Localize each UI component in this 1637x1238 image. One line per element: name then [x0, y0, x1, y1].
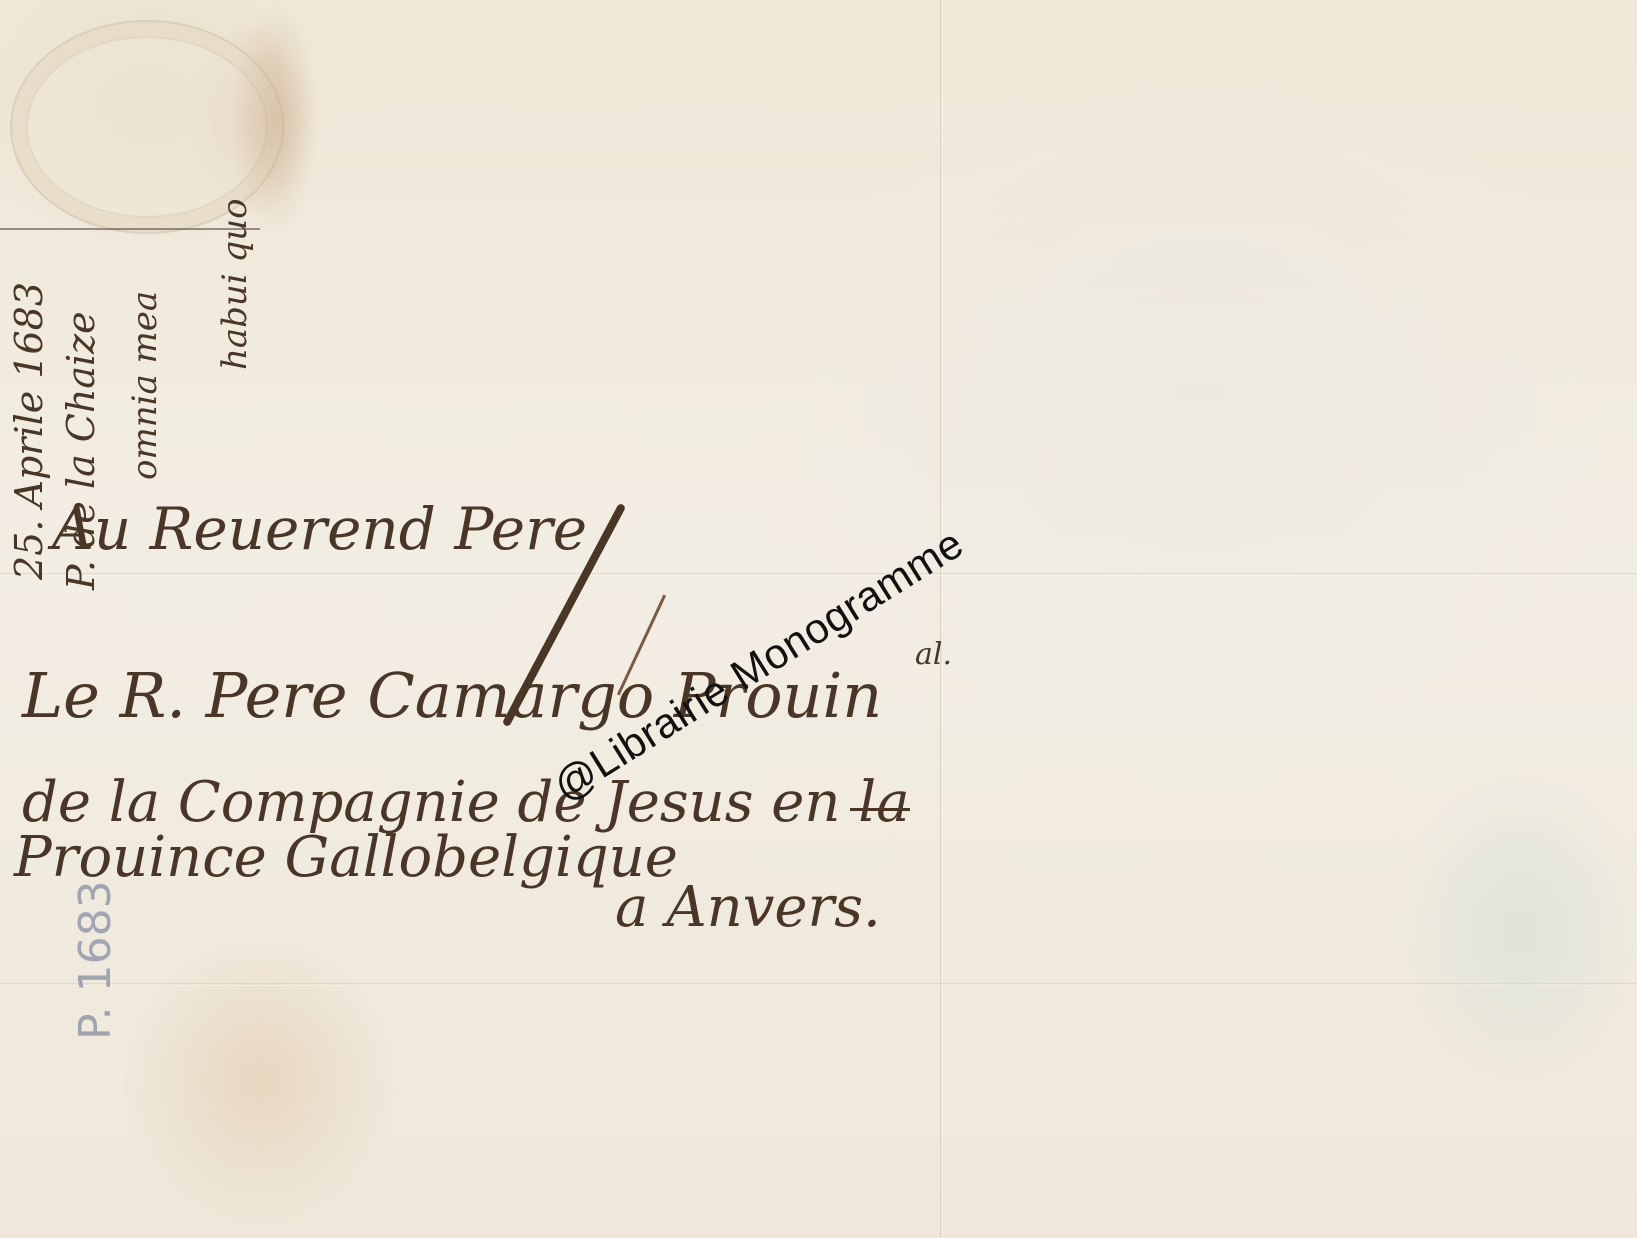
address-city: a Anvers.	[615, 880, 881, 936]
address-province: Prouince Gallobelgique	[14, 830, 678, 886]
docket-note-2: habui quo	[218, 198, 252, 370]
docket-note-1: omnia mea	[128, 291, 162, 480]
vertical-fold-line	[940, 0, 943, 1238]
horizontal-fold-line	[0, 573, 1637, 576]
address-order: de la Compagnie de Jesus en la	[22, 775, 910, 831]
letter-sheet: 25. Aprile 1683 P. de la Chaize omnia me…	[0, 0, 1637, 1238]
lower-fold-line	[0, 983, 1637, 986]
address-salutation: Au Reuerend Pere	[52, 500, 587, 558]
docket-date: 25. Aprile 1683	[10, 282, 48, 580]
pencil-annotation: P. 1683	[70, 880, 121, 1040]
address-superscript: al.	[915, 640, 952, 670]
address-flourish	[850, 808, 910, 811]
